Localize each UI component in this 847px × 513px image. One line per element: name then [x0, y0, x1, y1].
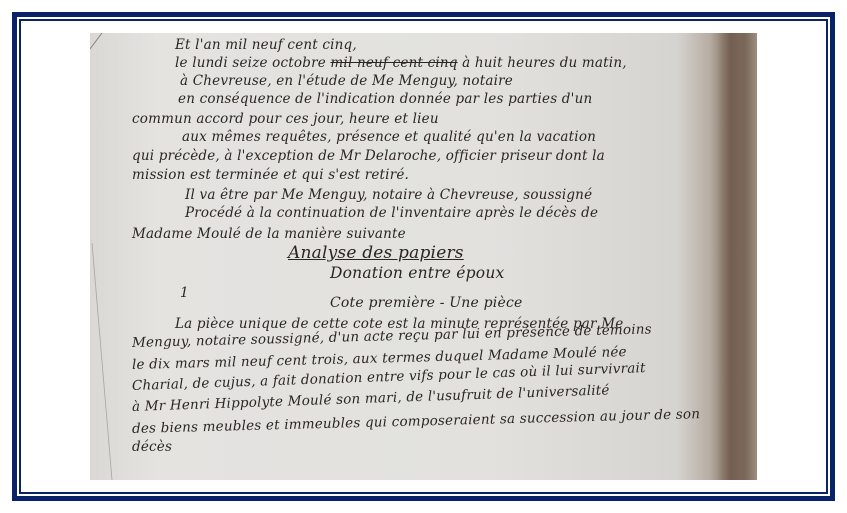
text-line-9: Il va être par Me Menguy, notaire à Chev… [185, 187, 592, 203]
text-line-8: mission est terminée et qui s'est retiré… [132, 167, 409, 183]
struck-text: mil neuf cent cinq [330, 55, 457, 71]
text-line-6: aux mêmes requêtes, présence et qualité … [182, 129, 596, 145]
manuscript-photo: Et l'an mil neuf cent cinq, le lundi sei… [90, 33, 757, 480]
text-line-4: en conséquence de l'indication donnée pa… [178, 91, 592, 107]
text-line-1: Et l'an mil neuf cent cinq, [175, 37, 357, 53]
text-line-2: le lundi seize octobre mil neuf cent cin… [175, 55, 627, 71]
line2-tail: à huit heures du matin, [462, 55, 627, 71]
section-subheading: Donation entre époux [330, 264, 504, 282]
line2-start: le lundi seize octobre [175, 55, 326, 71]
text-line-3: à Chevreuse, en l'étude de Me Menguy, no… [180, 73, 513, 89]
section-heading: Analyse des papiers [288, 243, 464, 263]
heading-text: Analyse des papiers [288, 243, 464, 263]
margin-mark: 1 [180, 285, 189, 301]
text-line-11: Madame Moulé de la manière suivante [132, 226, 406, 242]
text-line-10: Procédé à la continuation de l'inventair… [185, 205, 598, 221]
page-binding-edge [717, 33, 757, 480]
text-line-5: commun accord pour ces jour, heure et li… [132, 111, 439, 127]
text-line-19: décès [132, 439, 172, 455]
text-line-7: qui précède, à l'exception de Mr Delaroc… [132, 148, 605, 164]
cote-title: Cote première - Une pièce [330, 295, 523, 311]
